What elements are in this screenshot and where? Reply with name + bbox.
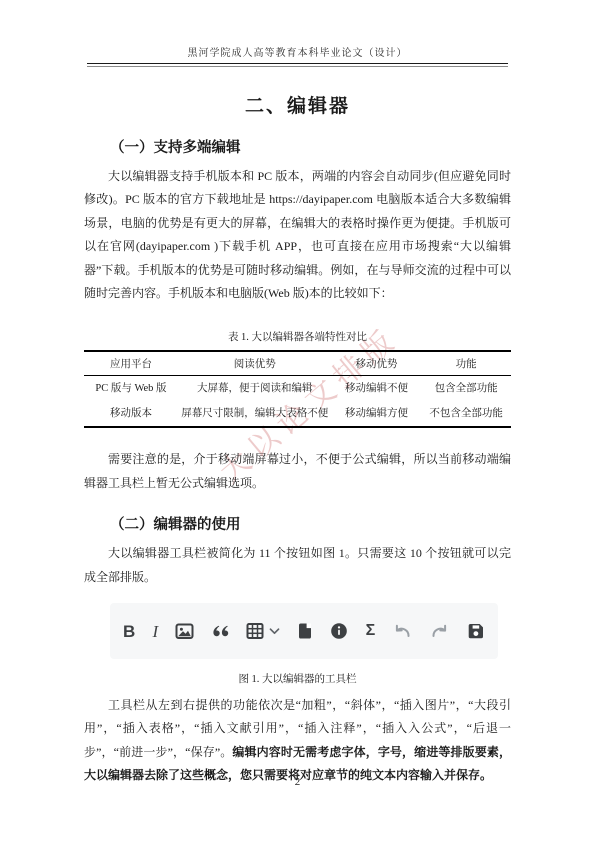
- table-row: 移动版本 屏幕尺寸限制，编辑大表格不便 移动编辑方便 不包含全部功能: [84, 401, 511, 427]
- redo-icon: [430, 623, 450, 639]
- bold-icon: B: [123, 623, 135, 640]
- paragraph-toolbar-intro: 大以编辑器工具栏被简化为 11 个按钮如图 1。只需要这 10 个按钮就可以完成…: [84, 542, 511, 589]
- figure-caption: 图 1. 大以编辑器的工具栏: [84, 671, 511, 686]
- insert-annotation-icon: [330, 622, 348, 640]
- cell-mobility: 移动编辑不便: [332, 376, 422, 402]
- figure-toolbar-image: B I: [110, 603, 498, 659]
- paragraph-multi-device: 大以编辑器支持手机版本和 PC 版本，两端的内容会自动同步(但应避免同时修改)。…: [84, 165, 511, 305]
- col-header-mobility: 移动优势: [332, 351, 422, 376]
- insert-citation-icon: [297, 622, 313, 640]
- col-header-platform: 应用平台: [84, 351, 178, 376]
- table-header-row: 应用平台 阅读优势 移动优势 功能: [84, 351, 511, 376]
- italic-icon: I: [153, 623, 159, 640]
- chapter-title: 二、编辑器: [84, 91, 511, 118]
- insert-formula-icon: Σ: [366, 623, 376, 639]
- col-header-reading: 阅读优势: [178, 351, 332, 376]
- blockquote-icon: [212, 625, 229, 638]
- table-row: PC 版与 Web 版 大屏幕，便于阅读和编辑 移动编辑不便 包含全部功能: [84, 376, 511, 402]
- cell-reading: 屏幕尺寸限制，编辑大表格不便: [178, 401, 332, 427]
- cell-reading: 大屏幕，便于阅读和编辑: [178, 376, 332, 402]
- table-caption: 表 1. 大以编辑器各端特性对比: [84, 329, 511, 344]
- save-icon: [467, 622, 485, 640]
- cell-mobility: 移动编辑方便: [332, 401, 422, 427]
- insert-image-icon: [175, 622, 194, 641]
- cell-features: 包含全部功能: [421, 376, 511, 402]
- cell-platform: PC 版与 Web 版: [84, 376, 178, 402]
- feature-comparison-table: 应用平台 阅读优势 移动优势 功能 PC 版与 Web 版 大屏幕，便于阅读和编…: [84, 350, 511, 428]
- header-rule: [87, 63, 508, 67]
- running-header: 黑河学院成人高等教育本科毕业论文（设计）: [84, 44, 511, 63]
- col-header-features: 功能: [421, 351, 511, 376]
- section-heading-2: （二）编辑器的使用: [84, 513, 511, 534]
- section-heading-1: （一）支持多端编辑: [84, 136, 511, 157]
- page-content: 黑河学院成人高等教育本科毕业论文（设计） 二、编辑器 （一）支持多端编辑 大以编…: [0, 0, 595, 788]
- cell-features: 不包含全部功能: [421, 401, 511, 427]
- chevron-down-icon: [269, 628, 280, 635]
- paragraph-formula-note: 需要注意的是，介于移动端屏幕过小，不便于公式编辑，所以当前移动端编辑器工具栏上暂…: [84, 448, 511, 495]
- cell-platform: 移动版本: [84, 401, 178, 427]
- paragraph-toolbar-description: 工具栏从左到右提供的功能依次是“加粗”，“斜体”，“插入图片”，“大段引用”，“…: [84, 694, 511, 788]
- undo-icon: [392, 623, 412, 639]
- document-page: 大以论文排版 黑河学院成人高等教育本科毕业论文（设计） 二、编辑器 （一）支持多…: [0, 0, 595, 842]
- insert-table-icon: [246, 622, 280, 640]
- page-number: 2: [0, 776, 595, 788]
